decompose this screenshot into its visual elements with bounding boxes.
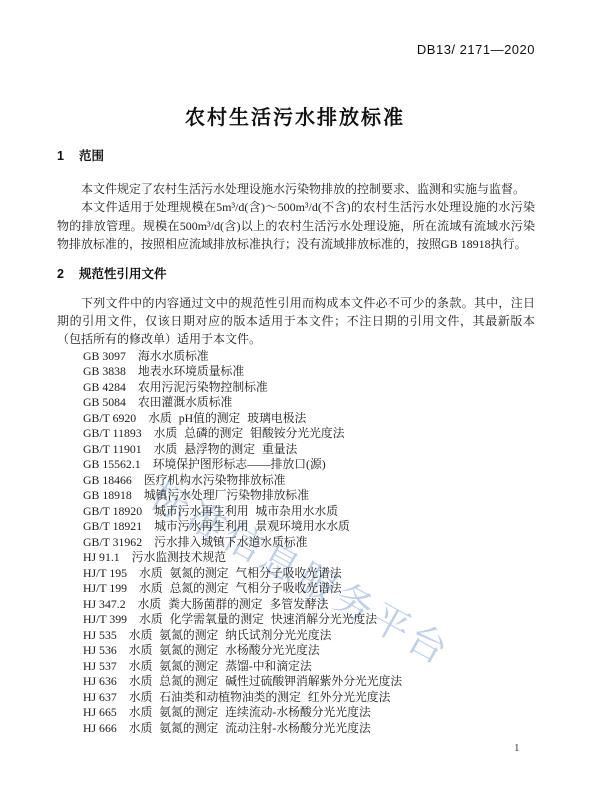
reference-title: 水质 总氮的测定 气相分子吸收光谱法 xyxy=(139,581,342,595)
reference-item: HJ 637水质 石油类和动植物油类的测定 红外分光光度法 xyxy=(83,690,535,706)
reference-title: 污水排入城镇下水道水质标准 xyxy=(154,535,307,549)
page-title: 农村生活污水排放标准 xyxy=(0,101,590,130)
reference-title: 水质 悬浮物的测定 重量法 xyxy=(154,442,298,456)
reference-code: GB/T 18920 xyxy=(83,504,142,518)
reference-title: 医疗机构水污染物排放标准 xyxy=(144,473,286,487)
reference-item: HJ 91.1污水监测技术规范 xyxy=(83,550,535,566)
reference-code: HJ 637 xyxy=(83,690,117,704)
reference-title: 环境保护图形标志——排放口(源) xyxy=(153,457,326,471)
doc-code: DB13/ 2171—2020 xyxy=(417,42,535,57)
reference-item: GB/T 11893水质 总磷的测定 钼酸铵分光光度法 xyxy=(83,426,535,442)
reference-title: 城市污水再生利用 城市杂用水水质 xyxy=(154,504,338,518)
section-normative-references: 2规范性引用文件 下列文件中的内容通过文中的规范性引用而构成本文件必不可少的条款… xyxy=(57,267,535,737)
reference-title: 农田灌溉水质标准 xyxy=(138,395,232,409)
reference-title: 城市污水再生利用 景观环境用水水质 xyxy=(154,519,350,533)
paragraph: 本文件规定了农村生活污水处理设施水污染物排放的控制要求、监测和实施与监督。 xyxy=(57,180,535,198)
reference-item: HJ 536水质 氨氮的测定 水杨酸分光光度法 xyxy=(83,643,535,659)
reference-title: 水质 石油类和动植物油类的测定 红外分光光度法 xyxy=(129,690,391,704)
reference-title: 水质 总氮的测定 碱性过硫酸钾消解紫外分光光度法 xyxy=(129,674,402,688)
reference-item: GB/T 18921城市污水再生利用 景观环境用水水质 xyxy=(83,519,535,535)
reference-item: GB 5084农田灌溉水质标准 xyxy=(83,395,535,411)
reference-title: 水质 氨氮的测定 水杨酸分光光度法 xyxy=(129,643,320,657)
reference-item: GB 3097海水水质标准 xyxy=(83,349,535,365)
section-heading-references: 2规范性引用文件 xyxy=(57,267,535,281)
document-page: 标准信息服务平台 DB13/ 2171—2020 农村生活污水排放标准 1范围 … xyxy=(0,0,590,795)
reference-code: GB/T 11901 xyxy=(83,442,142,456)
reference-title: 水质 总磷的测定 钼酸铵分光光度法 xyxy=(154,426,345,440)
reference-item: HJ 666水质 氨氮的测定 流动注射-水杨酸分光光度法 xyxy=(83,721,535,737)
reference-title: 水质 氨氮的测定 流动注射-水杨酸分光光度法 xyxy=(129,721,371,735)
section-scope: 1范围 本文件规定了农村生活污水处理设施水污染物排放的控制要求、监测和实施与监督… xyxy=(57,149,535,254)
reference-title: 水质 氨氮的测定 纳氏试剂分光光度法 xyxy=(129,628,332,642)
reference-item: HJ 636水质 总氮的测定 碱性过硫酸钾消解紫外分光光度法 xyxy=(83,674,535,690)
reference-code: HJ 537 xyxy=(83,659,117,673)
reference-item: GB 15562.1环境保护图形标志——排放口(源) xyxy=(83,457,535,473)
section-heading-label: 规范性引用文件 xyxy=(79,267,167,281)
page-number: 1 xyxy=(514,742,520,754)
reference-item: HJ/T 399水质 化学需氧量的测定 快速消解分光光度法 xyxy=(83,612,535,628)
reference-item: GB 4284农用污泥污染物控制标准 xyxy=(83,380,535,396)
reference-title: 海水水质标准 xyxy=(138,349,209,363)
reference-item: HJ/T 195水质 氨氮的测定 气相分子吸收光谱法 xyxy=(83,566,535,582)
paragraph: 本文件适用于处理规模在5m³/d(含)～500m³/d(不含)的农村生活污水处理… xyxy=(57,198,535,253)
reference-title: 污水监测技术规范 xyxy=(132,550,226,564)
reference-code: GB 5084 xyxy=(83,395,126,409)
reference-title: 水质 pH值的测定 玻璃电极法 xyxy=(148,411,306,425)
reference-item: HJ 347.2水质 粪大肠菌群的测定 多管发酵法 xyxy=(83,597,535,613)
reference-item: GB 3838地表水环境质量标准 xyxy=(83,364,535,380)
reference-code: HJ 535 xyxy=(83,628,117,642)
section-number: 1 xyxy=(57,149,64,163)
reference-code: GB/T 11893 xyxy=(83,426,142,440)
reference-code: HJ/T 199 xyxy=(83,581,127,595)
reference-code: GB 18918 xyxy=(83,488,132,502)
reference-item: HJ 535水质 氨氮的测定 纳氏试剂分光光度法 xyxy=(83,628,535,644)
reference-title: 水质 氨氮的测定 连续流动-水杨酸分光光度法 xyxy=(129,705,371,719)
reference-code: GB 18466 xyxy=(83,473,132,487)
reference-code: GB 3838 xyxy=(83,364,126,378)
reference-code: HJ 347.2 xyxy=(83,597,126,611)
reference-code: HJ/T 195 xyxy=(83,566,127,580)
paragraph: 下列文件中的内容通过文中的规范性引用而构成本文件必不可少的条款。其中，注日期的引… xyxy=(57,294,535,349)
reference-item: HJ 665水质 氨氮的测定 连续流动-水杨酸分光光度法 xyxy=(83,705,535,721)
section-heading-scope: 1范围 xyxy=(57,149,535,163)
reference-title: 水质 粪大肠菌群的测定 多管发酵法 xyxy=(138,597,329,611)
reference-code: HJ 91.1 xyxy=(83,550,120,564)
reference-code: HJ 666 xyxy=(83,721,117,735)
references-list: GB 3097海水水质标准 GB 3838地表水环境质量标准 GB 4284农用… xyxy=(57,349,535,737)
reference-item: GB/T 6920水质 pH值的测定 玻璃电极法 xyxy=(83,411,535,427)
reference-code: GB 15562.1 xyxy=(83,457,141,471)
reference-title: 水质 氨氮的测定 蒸馏-中和滴定法 xyxy=(129,659,312,673)
section-number: 2 xyxy=(57,267,64,281)
reference-code: HJ 665 xyxy=(83,705,117,719)
reference-code: GB/T 18921 xyxy=(83,519,142,533)
reference-item: GB 18918城镇污水处理厂污染物排放标准 xyxy=(83,488,535,504)
reference-code: GB/T 6920 xyxy=(83,411,136,425)
reference-code: HJ 536 xyxy=(83,643,117,657)
reference-code: HJ/T 399 xyxy=(83,612,127,626)
reference-code: GB 4284 xyxy=(83,380,126,394)
reference-title: 农用污泥污染物控制标准 xyxy=(138,380,268,394)
reference-item: GB/T 11901水质 悬浮物的测定 重量法 xyxy=(83,442,535,458)
reference-title: 水质 氨氮的测定 气相分子吸收光谱法 xyxy=(139,566,342,580)
reference-item: GB 18466医疗机构水污染物排放标准 xyxy=(83,473,535,489)
reference-item: HJ 537水质 氨氮的测定 蒸馏-中和滴定法 xyxy=(83,659,535,675)
reference-title: 水质 化学需氧量的测定 快速消解分光光度法 xyxy=(139,612,377,626)
reference-title: 地表水环境质量标准 xyxy=(138,364,244,378)
document-content: 1范围 本文件规定了农村生活污水处理设施水污染物排放的控制要求、监测和实施与监督… xyxy=(57,149,535,736)
section-heading-label: 范围 xyxy=(79,149,104,163)
reference-code: GB/T 31962 xyxy=(83,535,142,549)
reference-item: GB/T 18920城市污水再生利用 城市杂用水水质 xyxy=(83,504,535,520)
reference-item: HJ/T 199水质 总氮的测定 气相分子吸收光谱法 xyxy=(83,581,535,597)
reference-title: 城镇污水处理厂污染物排放标准 xyxy=(144,488,309,502)
reference-code: HJ 636 xyxy=(83,674,117,688)
reference-item: GB/T 31962污水排入城镇下水道水质标准 xyxy=(83,535,535,551)
reference-code: GB 3097 xyxy=(83,349,126,363)
